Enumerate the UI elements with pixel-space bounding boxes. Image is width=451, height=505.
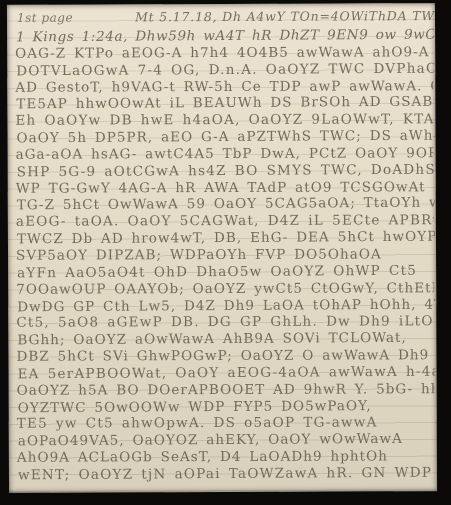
photo-background: 1st page Mt 5.17.18, Dh A4wY TOn=4OWiThD… [0,0,451,505]
manuscript-line: OAG-Z KTPo aEOG-A h7h4 4O4B5 awWawA ahO9… [15,44,433,62]
manuscript-line: DBZ 5hCt SVi GhwPOGwP; OaOYZ O awWawA Dh… [16,347,434,365]
manuscript-line: DOTVLaOGwA 7-4 OG, D.n.A. OaOYZ TWC DVPh… [16,60,434,80]
page-header: 1st page Mt 5.17.18, Dh A4wY TOn=4OWiThD… [17,8,429,25]
manuscript-line: wENT; OaOYZ tjN aOPai TaOWZawA hR. GN WD… [18,465,436,485]
manuscript-line: AhO9A ACLaOGb SeAsT, D4 LaOADh9 hphtOh [17,448,435,466]
scripture-heading: Mt 5.17.18, Dh A4wY TOn=4OWiThDA TWO. [135,8,437,24]
manuscript-line: TWCZ Db AD hrow4wT, DB, EhG- DEA 5hCt hw… [17,229,435,249]
manuscript-line: 1 Kings 1:24a, Dhw59h wA4T hR DhZT 9EN9 … [16,27,434,47]
manuscript-line: aGa-aOA hsAG- awtC4A5 TbP DwA, PCtZ OaOY… [16,145,434,163]
manuscript-line: aYFn AaO5aO4t OhD DhaO5w OaOYZ OhWP Ct5 [17,262,435,282]
manuscript-line: SHP 5G-9 aOtCGwA hs4Z BO SMYS TWC, DoADh… [17,161,435,181]
manuscript-line: EA 5erAPBOOWat, OaOY aEOG-4aOA awWawA h-… [17,364,435,384]
manuscript-line: SVP5aOY DIPZAB; WDPaOYh FVP DO5OhaOA [16,246,434,264]
manuscript-line: OaOYZ h5A BO DOerAPBOOET AD 9hwR Y. 5bG-… [17,381,435,399]
page-number-label: 1st page [17,11,73,25]
manuscript-page: 1st page Mt 5.17.18, Dh A4wY TOn=4OWiThD… [7,3,437,493]
manuscript-line: BGhh; OaOYZ aOwWawA AhB9A SOVi TCLOWat, [17,330,435,350]
manuscript-line: 7OOawOUP OAAYOb; OaOYZ ywCt5 CtOGwY, Cth… [16,280,434,298]
manuscript-line: Eh OaOYw DB hwE h4aOA, OaOYZ 9LaOWwT, KT… [15,111,433,129]
manuscript-body: 1 Kings 1:24a, Dhw59h wA4T hR DhZT 9EN9 … [15,27,435,484]
manuscript-line: OaOY 5h DP5PR, aEO G-A aPZTWhS TWC; DS a… [16,128,434,148]
